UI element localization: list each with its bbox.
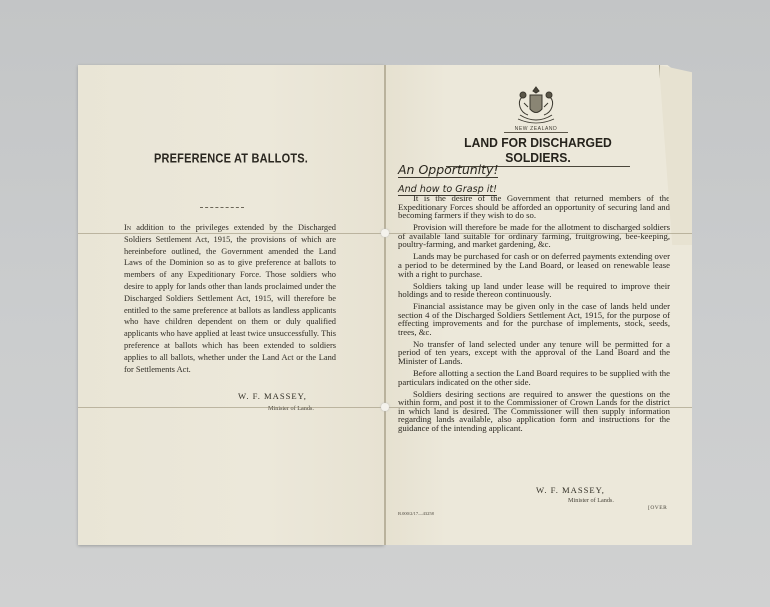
paragraph: Lands may be purchased for cash or on de… — [398, 252, 670, 278]
paragraph: Before allotting a section the Land Boar… — [398, 369, 670, 386]
over-label: [OVER — [648, 505, 667, 511]
crest-label: NEW ZEALAND — [504, 126, 568, 133]
left-page: PREFERENCE AT BALLOTS. In addition to th… — [78, 65, 384, 545]
paragraph: Financial assistance may be given only i… — [398, 302, 670, 336]
fold-wear-mark — [381, 229, 389, 237]
paragraph: Provision will therefore be made for the… — [398, 223, 670, 249]
right-page: NEW ZEALAND LAND FOR DISCHARGED SOLDIERS… — [386, 65, 692, 545]
decorative-rule-icon — [200, 207, 244, 212]
print-code: B.000/2/17—43258 — [398, 511, 434, 516]
left-page-body: In addition to the privileges extended b… — [124, 222, 336, 375]
right-page-body: It is the desire of the Government that … — [398, 194, 670, 436]
fold-wear-mark — [381, 403, 389, 411]
signature-title: Minister of Lands. — [568, 497, 614, 504]
center-fold — [384, 65, 386, 545]
signature-name: W. F. MASSEY, — [238, 391, 307, 401]
paragraph: No transfer of land selected under any t… — [398, 340, 670, 366]
paragraph: Soldiers desiring sections are required … — [398, 390, 670, 433]
coat-of-arms-icon — [514, 85, 558, 127]
signature-name: W. F. MASSEY, — [536, 485, 605, 495]
left-page-heading: PREFERENCE AT BALLOTS. — [78, 152, 384, 166]
leaflet: PREFERENCE AT BALLOTS. In addition to th… — [78, 65, 692, 545]
body-text: addition to the privileges extended by t… — [124, 223, 336, 374]
subtitle-opportunity: An Opportunity! — [398, 162, 498, 178]
paragraph: Soldiers taking up land under lease will… — [398, 282, 670, 299]
paragraph: It is the desire of the Government that … — [398, 194, 670, 220]
